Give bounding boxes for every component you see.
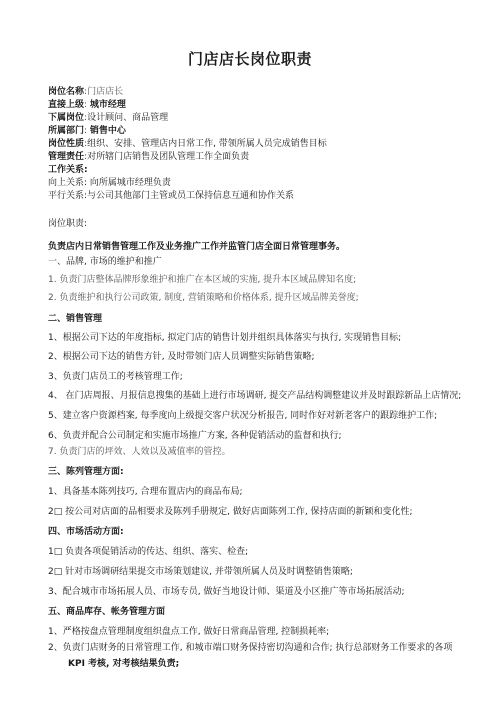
section-4-heading: 四、市场活动方面:: [48, 526, 124, 538]
info-position-nature: 岗位性质:组织、安排、管理店内日常工作, 带领所属人员完成销售目标: [48, 138, 327, 150]
section-5-item: 1、严格按盘点管理制度组织盘点工作, 做好日常商品管理, 控制损耗率;: [48, 626, 329, 638]
section-1-item: 2. 负责维护和执行公司政策, 制度, 营销策略和价格体系, 提升区域品牌美誉度…: [48, 292, 359, 304]
section-2-item: 7. 负责门店的坪效、人效以及减值率的管控。: [48, 446, 230, 458]
info-management-responsibility: 管理责任:对所辖门店销售及团队管理工作全面负责: [48, 151, 249, 163]
relation-parallel: 平行关系:与公司其他部门主管或员工保持信息互通和协作关系: [48, 190, 294, 202]
section-4-item: 2□ 针对市场调研结果提交市场策划建议, 并带领所属人员及时调整销售策略;: [48, 566, 353, 578]
section-5-item-continued: KPI 考核, 对考核结果负责;: [68, 658, 179, 670]
section-2-item: 4、 在门店周报、月报信息搜集的基础上进行市场调研, 提交产品结构调整建议并及时…: [48, 390, 461, 402]
duties-summary: 负责店内日常销售管理工作及业务推广工作并监管门店全面日常管理事务。: [48, 241, 345, 253]
section-3-item: 1、具备基本陈列技巧, 合理布置店内的商品布局;: [48, 486, 242, 498]
section-5-heading: 五、商品库存、帐务管理方面: [48, 606, 165, 618]
section-2-item: 2、根据公司下达的销售方针, 及时带领门店人员调整实际销售策略;: [48, 351, 314, 363]
section-5-item: 2、负责门店财务的日常管理工作, 和城市端口财务保持密切沟通和合作; 执行总部财…: [48, 642, 452, 654]
section-3-item: 2□ 按公司对店面的品相要求及陈列手册规定, 做好店面陈列工作, 保持店面的新颖…: [48, 506, 413, 518]
info-department: 所属部门: 销售中心: [48, 125, 126, 137]
info-direct-superior: 直接上级: 城市经理: [48, 99, 126, 111]
section-2-heading: 二、销售管理: [48, 313, 102, 325]
section-3-heading: 三、陈列管理方面:: [48, 466, 124, 478]
section-4-item: 1□ 负责各项促销活动的传达、组织、落实、检查;: [48, 546, 248, 558]
info-subordinates: 下属岗位:设计顾问、商品管理: [48, 112, 168, 124]
section-2-item: 3、负责门店员工的考核管理工作;: [48, 371, 183, 383]
section-1-item: 1. 负责门店整体品牌形象维护和推广在本区域的实施, 提升本区域品牌知名度;: [48, 274, 356, 286]
info-position-name: 岗位名称:门店店长: [48, 86, 123, 98]
relation-upward: 向上关系: 向所属城市经理负责: [48, 177, 171, 189]
document-title: 门店店长岗位职责: [0, 48, 500, 69]
section-4-item: 3、配合城市市场拓展人员、市场专员, 做好当地设计师、渠道及小区推广等市场拓展活…: [48, 586, 404, 598]
section-1-heading: 一、品牌, 市场的维护和推广: [48, 256, 162, 268]
section-2-item: 6、负责并配合公司制定和实施市场推广方案, 各种促销活动的监督和执行;: [48, 430, 341, 442]
section-2-item: 1、根据公司下达的年度指标, 拟定门店的销售计划并组织具体落实与执行, 实现销售…: [48, 332, 401, 344]
duties-heading: 岗位职责:: [48, 218, 87, 230]
relations-heading: 工作关系:: [48, 164, 88, 176]
section-2-item: 5、建立客户资源档案, 每季度向上级提交客户状况分析报告, 同时作好对新老客户的…: [48, 410, 437, 422]
